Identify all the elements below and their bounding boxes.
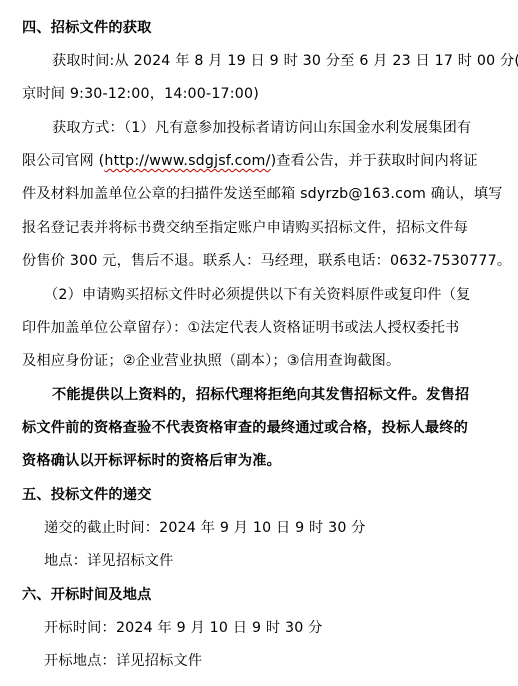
notice-line-3: 资格确认以开标评标时的资格后审为准。: [22, 451, 281, 471]
submission-deadline: 递交的截止时间：2024 年 9 月 10 日 9 时 30 分: [44, 518, 366, 538]
acquisition-method-line-2: 限公司官网 (http://www.sdgjsf.com/)查看公告，并于获取时…: [22, 151, 478, 171]
section-6-heading: 六、开标时间及地点: [22, 585, 152, 605]
requirements-line-3: 及相应身份证；②企业营业执照（副本）；③信用查询截图。: [22, 351, 400, 371]
submission-location: 地点：详见招标文件: [44, 551, 174, 571]
requirements-line-1: （2）申请购买招标文件时必须提供以下有关资料原件或复印件（复: [44, 285, 470, 305]
notice-line-1: 不能提供以上资料的，招标代理将拒绝向其发售招标文件。发售招: [52, 385, 469, 405]
section-4-heading: 四、招标文件的获取: [22, 18, 152, 38]
section-5-heading: 五、投标文件的递交: [22, 485, 152, 505]
acquisition-method-line-1: 获取方式：（1）凡有意参加投标者请访问山东国金水利发展集团有: [52, 118, 471, 138]
acquisition-time-line-2: 京时间 9:30-12:00，14:00-17:00): [22, 84, 259, 104]
method-line-2-prefix: 限公司官网 (: [22, 153, 104, 169]
requirements-line-2: 印件加盖单位公章留存）：①法定代表人资格证明书或法人授权委托书: [22, 318, 459, 338]
acquisition-method-line-3: 件及材料加盖单位公章的扫描件发送至邮箱 sdyrzb@163.com 确认，填写: [22, 184, 503, 204]
opening-time: 开标时间：2024 年 9 月 10 日 9 时 30 分: [44, 618, 323, 638]
method-line-2-suffix: )查看公告，并于获取时间内将证: [271, 153, 478, 169]
website-link[interactable]: http://www.sdgjsf.com/: [104, 153, 270, 169]
opening-location: 开标地点：详见招标文件: [44, 651, 202, 671]
acquisition-method-line-4: 报名登记表并将标书费交纳至指定账户申请购买招标文件，招标文件每: [22, 218, 468, 238]
notice-line-2: 标文件前的资格查验不代表资格审查的最终通过或合格，投标人最终的: [22, 418, 468, 438]
acquisition-method-line-5: 份售价 300 元，售后不退。联系人：马经理，联系电话：0632-7530777…: [22, 251, 511, 271]
acquisition-time-line-1: 获取时间:从 2024 年 8 月 19 日 9 时 30 分至 6 月 23 …: [52, 51, 518, 71]
